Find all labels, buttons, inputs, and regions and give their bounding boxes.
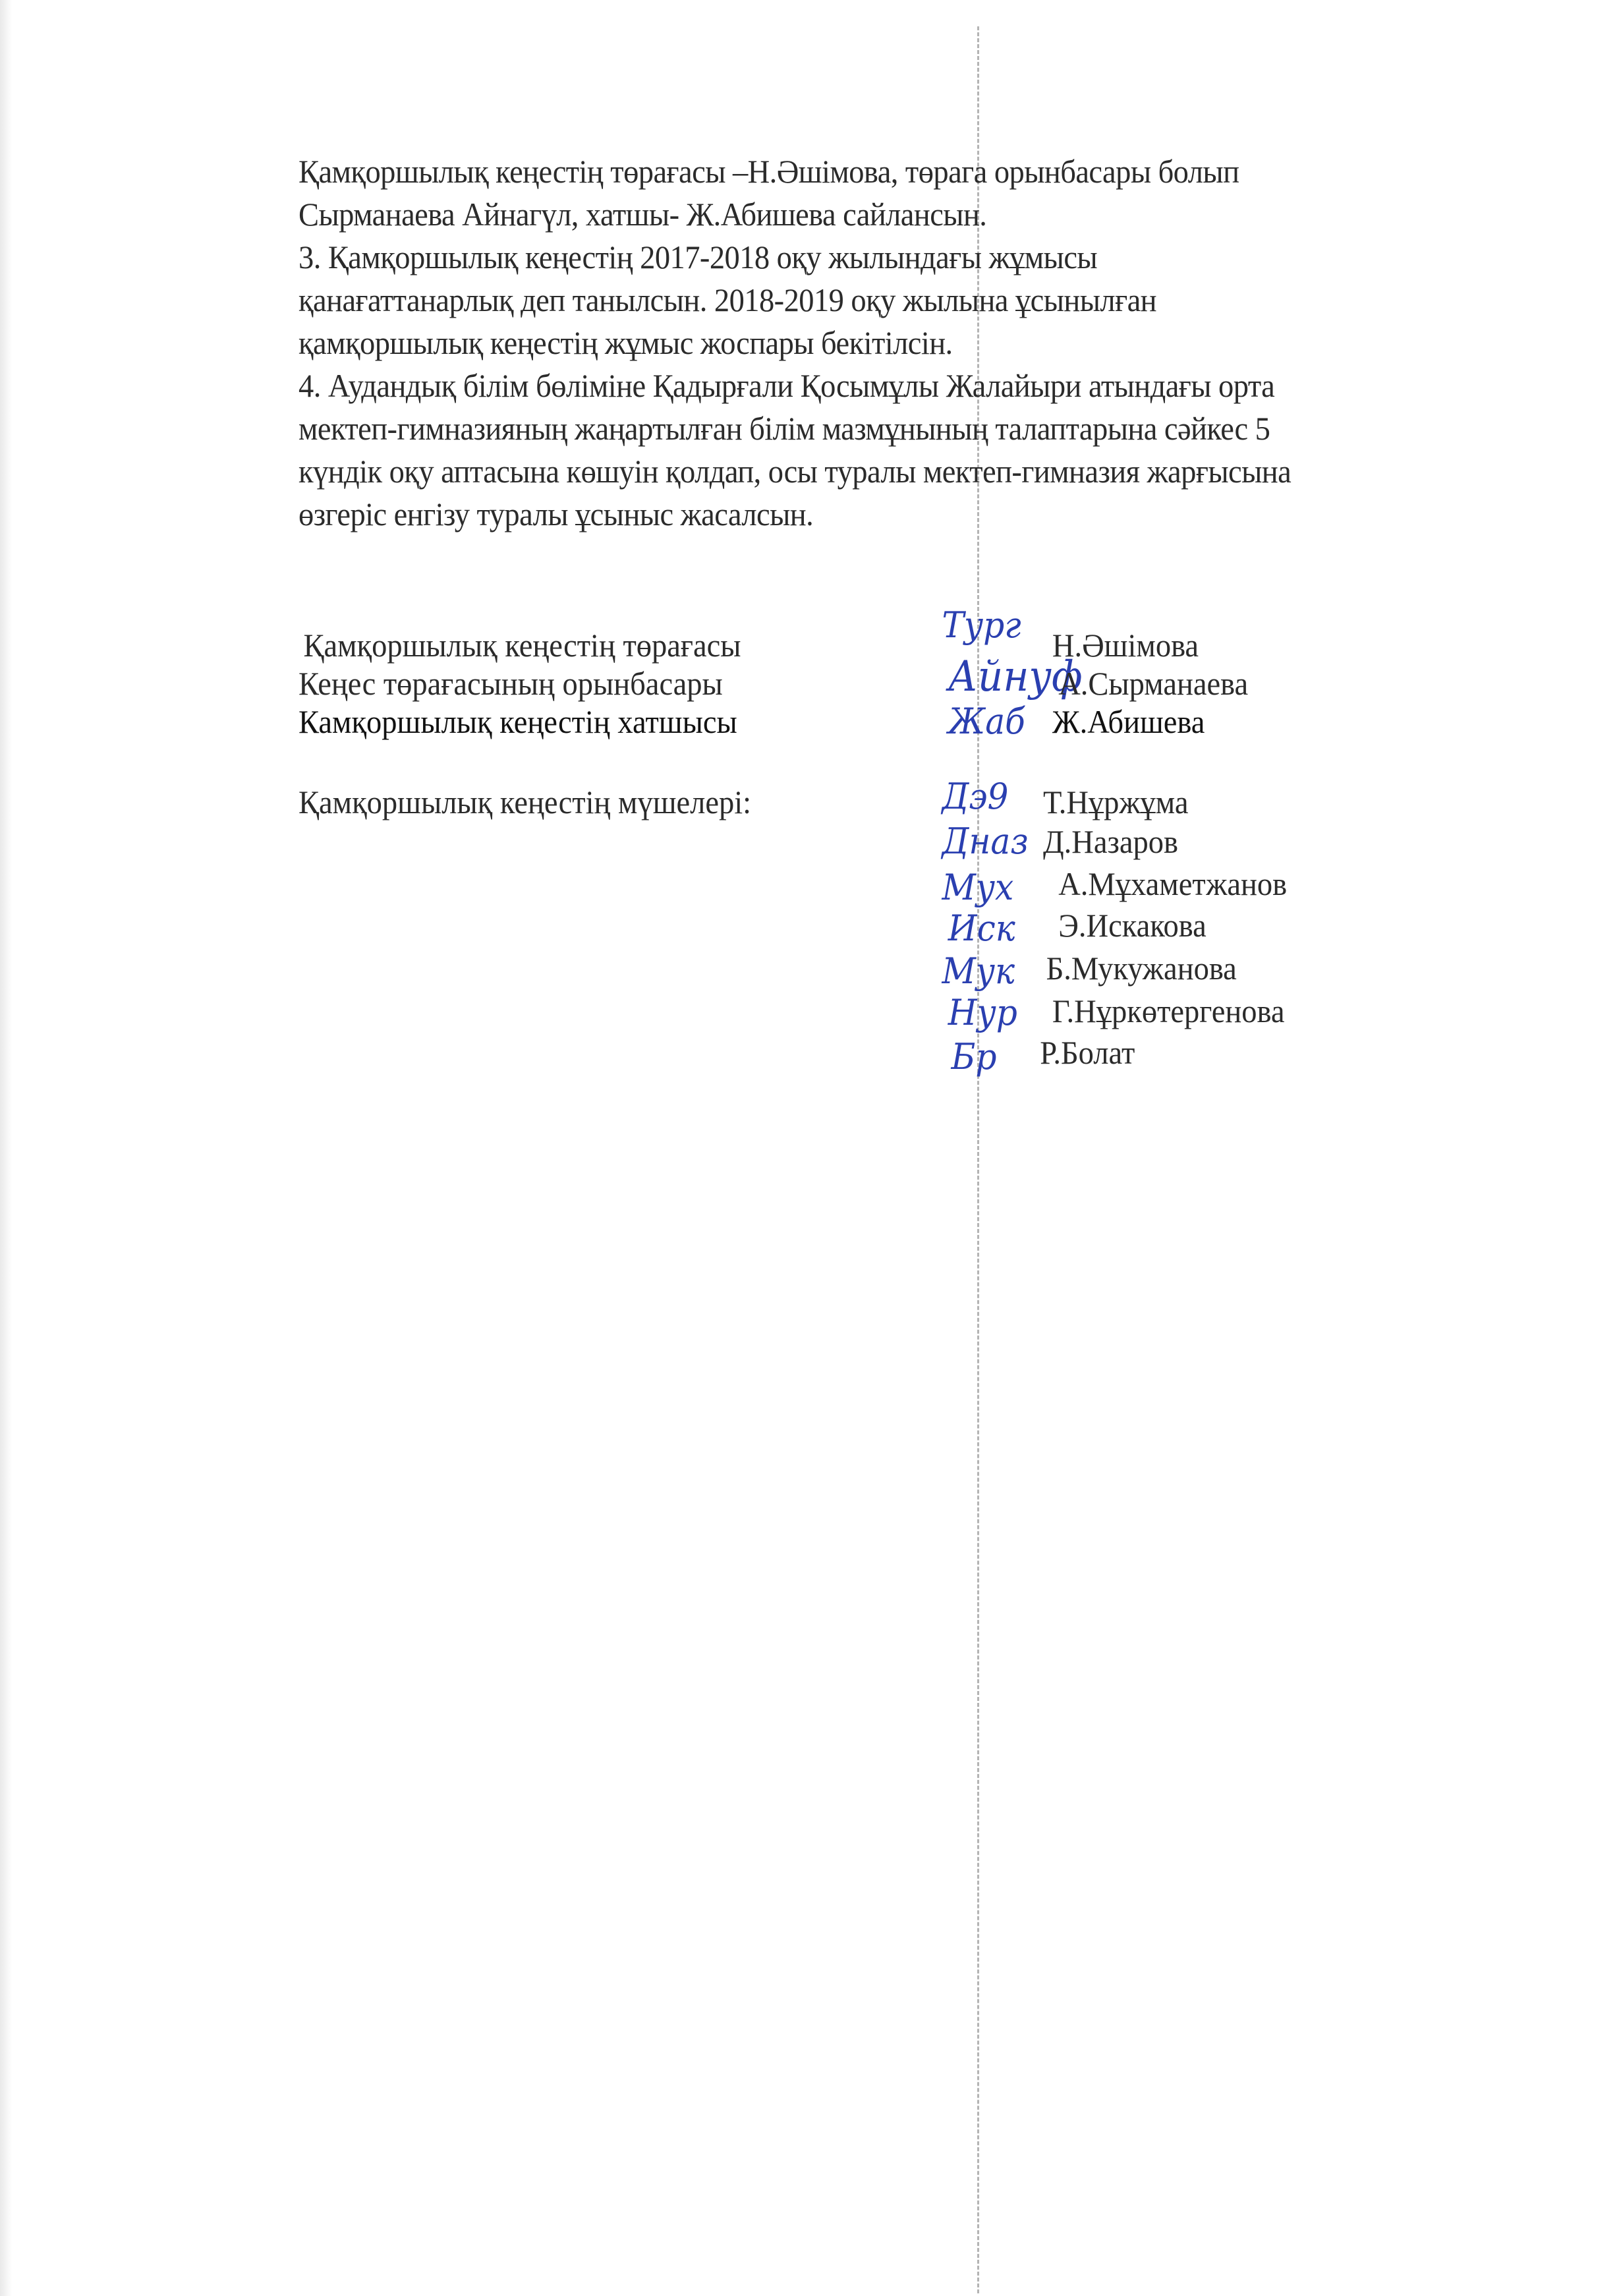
handwritten-signature: Нур bbox=[948, 994, 1017, 1032]
member-name: Э.Искакова bbox=[1058, 906, 1207, 944]
text-line: Қамқоршылық кеңестің төрағасы –Н.Әшімова… bbox=[298, 150, 1500, 193]
handwritten-signature: Иск bbox=[948, 909, 1015, 948]
text-line: 3. Қамқоршылық кеңестің 2017-2018 оқу жы… bbox=[298, 236, 1500, 279]
text-line: мектеп-гимназияның жаңартылған білім маз… bbox=[298, 407, 1500, 450]
scan-edge bbox=[0, 0, 12, 2296]
handwritten-signature: Мух bbox=[942, 869, 1014, 907]
member-name: Т.Нұржұма bbox=[1043, 783, 1189, 821]
handwritten-signature: Жаб bbox=[948, 703, 1025, 741]
member-name: Б.Мукужанова bbox=[1046, 949, 1237, 987]
member-name: Р.Болат bbox=[1040, 1033, 1135, 1072]
officer-name: Ж.Абишева bbox=[1052, 703, 1205, 741]
handwritten-signature: Тург bbox=[942, 606, 1021, 645]
member-name: Д.Назаров bbox=[1043, 822, 1178, 861]
member-name: А.Мұхаметжанов bbox=[1058, 865, 1287, 903]
text-line: өзгеріс енгізу туралы ұсыныс жасалсын. bbox=[298, 493, 1500, 536]
handwritten-signature: Дэ9 bbox=[942, 778, 1009, 816]
handwritten-signature: Дназ bbox=[942, 822, 1029, 861]
text-line: 4. Аудандық білім бөліміне Қадырғали Қос… bbox=[298, 364, 1500, 407]
text-line: күндік оқу аптасына көшуін қолдап, осы т… bbox=[298, 450, 1500, 493]
officer-role: Камқоршылық кеңестің хатшысы bbox=[298, 703, 737, 741]
handwritten-signature: Бр bbox=[951, 1038, 996, 1076]
officer-role: Қамқоршылық кеңестің төрағасы bbox=[303, 626, 741, 664]
officer-role: Кеңес төрағасының орынбасары bbox=[298, 664, 723, 703]
text-line: қамқоршылық кеңестің жұмыс жоспары бекіт… bbox=[298, 322, 1500, 364]
handwritten-signature: Мук bbox=[942, 952, 1015, 990]
resolution-text: Қамқоршылық кеңестің төрағасы –Н.Әшімова… bbox=[298, 150, 1500, 536]
officer-name: А.Сырманаева bbox=[1058, 664, 1248, 703]
members-label: Қамқоршылық кеңестің мүшелері: bbox=[298, 783, 751, 821]
text-line: қанағаттанарлық деп танылсын. 2018-2019 … bbox=[298, 279, 1500, 322]
text-line: Сырманаева Айнагүл, хатшы- Ж.Абишева сай… bbox=[298, 193, 1500, 236]
member-name: Г.Нұркөтергенова bbox=[1052, 992, 1285, 1030]
